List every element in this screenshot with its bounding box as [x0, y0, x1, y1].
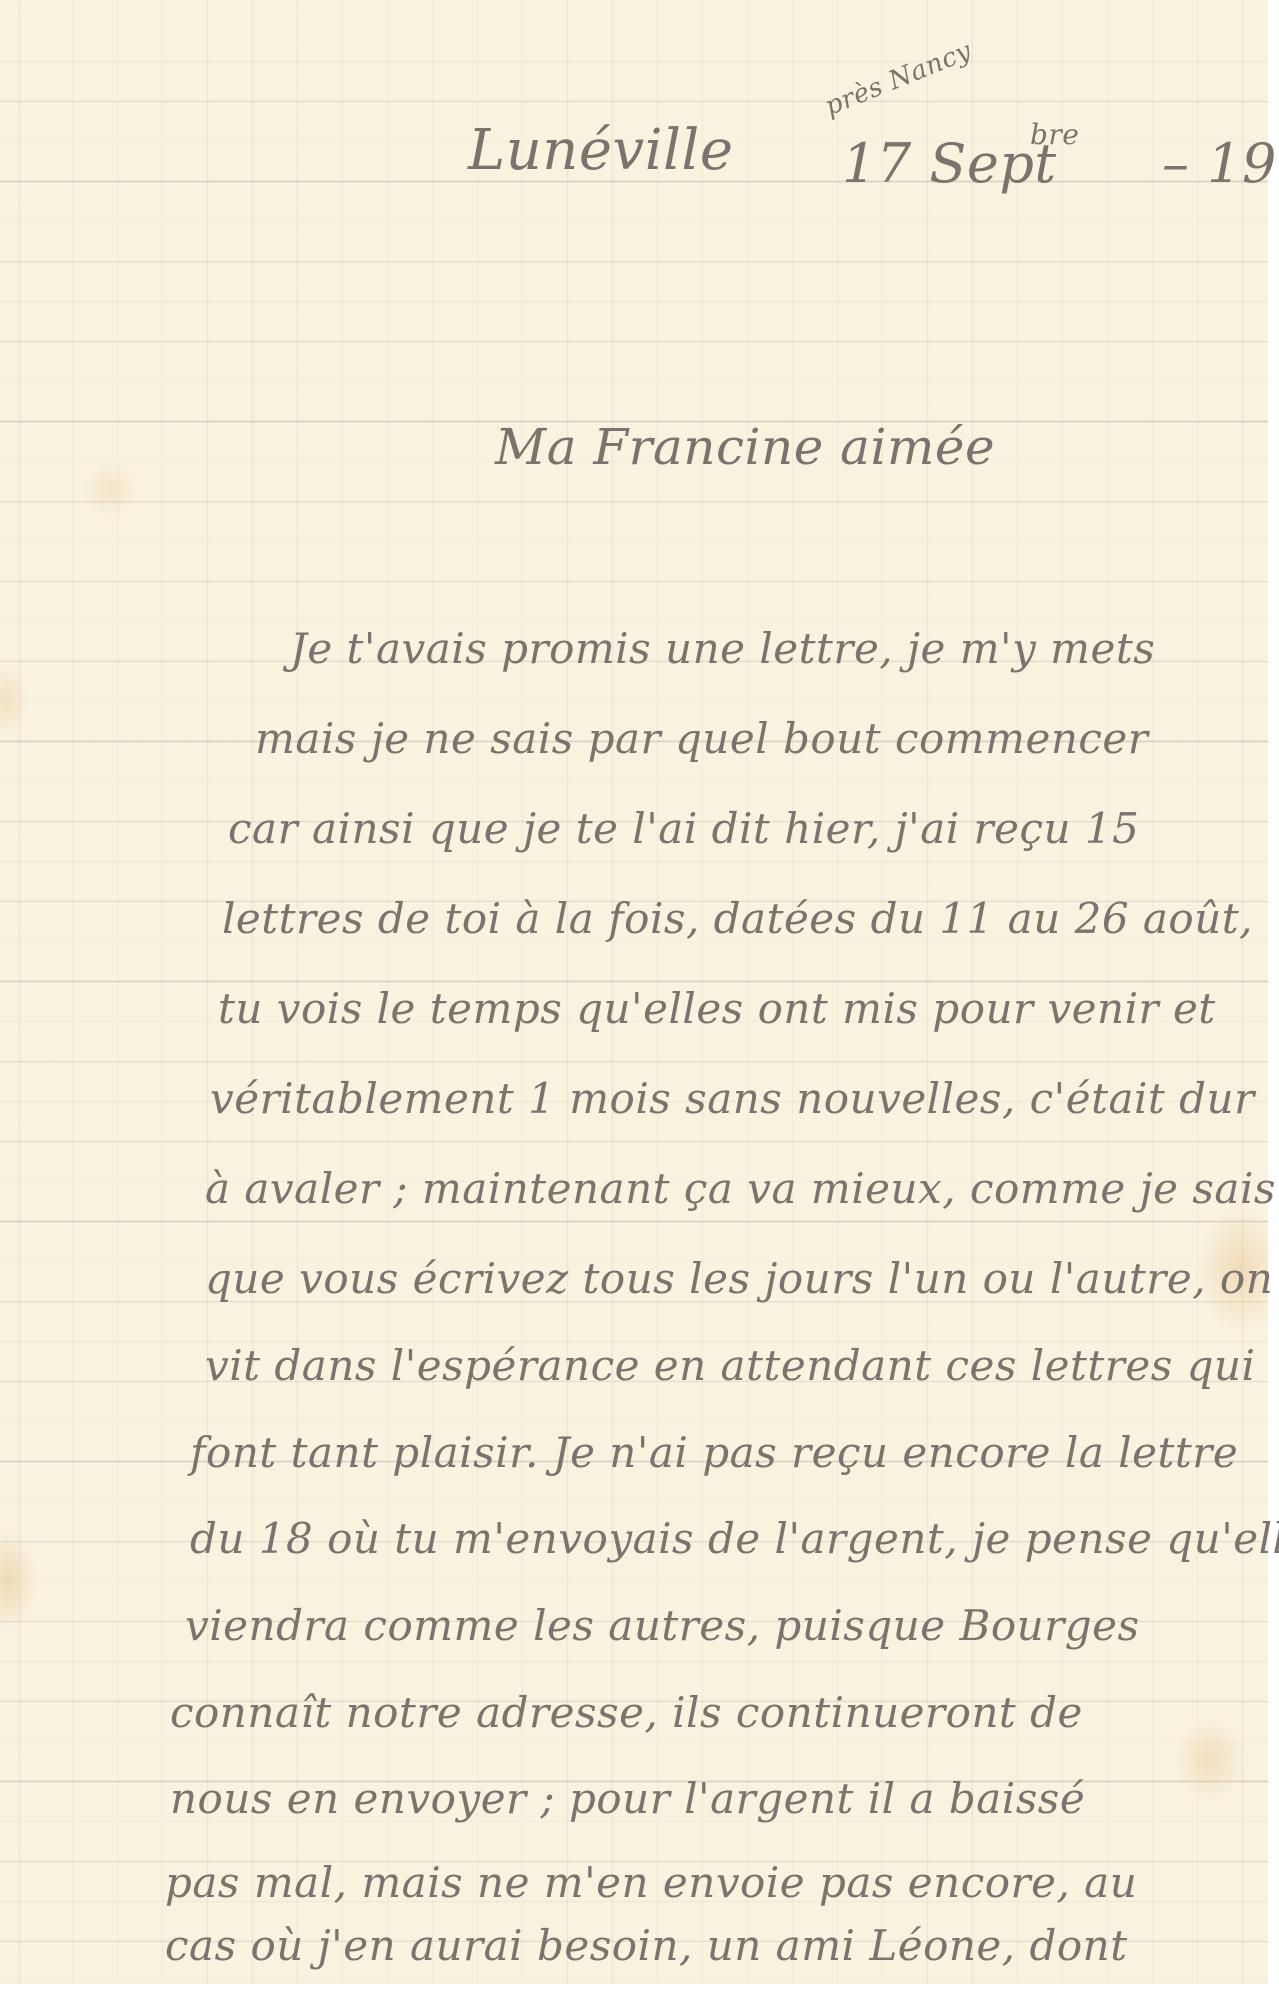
body-line-9: vit dans l'espérance en attendant ces le… [205, 1345, 1256, 1387]
letter-date-year: – 1914 [1162, 132, 1279, 195]
body-line-15: pas mal, mais ne m'en envoie pas encore,… [165, 1862, 1137, 1904]
letter-place: Lunéville [468, 118, 733, 183]
body-line-16: cas où j'en aurai besoin, un ami Léone, … [165, 1925, 1128, 1967]
body-line-4: lettres de toi à la fois, datées du 11 a… [222, 898, 1253, 940]
letter-place-note: près Nancy [821, 36, 976, 122]
letter-page: Lunéville près Nancy 17 Sept – 1914 bre … [0, 0, 1268, 1984]
body-line-12: viendra comme les autres, puisque Bourge… [185, 1605, 1140, 1647]
body-line-13: connaît notre adresse, ils continueront … [170, 1692, 1083, 1734]
letter-salutation: Ma Francine aimée [495, 418, 995, 476]
body-line-5: tu vois le temps qu'elles ont mis pour v… [218, 988, 1216, 1030]
body-line-10: font tant plaisir. Je n'ai pas reçu enco… [190, 1432, 1238, 1474]
body-line-8: que vous écrivez tous les jours l'un ou … [205, 1258, 1273, 1300]
letter-date-month-sup: bre [1030, 118, 1079, 151]
body-line-3: car ainsi que je te l'ai dit hier, j'ai … [228, 808, 1139, 850]
body-line-14: nous en envoyer ; pour l'argent il a bai… [170, 1778, 1085, 1820]
body-line-7: à avaler ; maintenant ça va mieux, comme… [205, 1168, 1276, 1210]
letter-date-day: 17 [842, 132, 912, 195]
body-line-11: du 18 où tu m'envoyais de l'argent, je p… [190, 1518, 1279, 1560]
body-line-1: Je t'avais promis une lettre, je m'y met… [290, 628, 1155, 670]
body-line-2: mais je ne sais par quel bout commencer [255, 718, 1148, 760]
body-line-6: véritablement 1 mois sans nouvelles, c'é… [210, 1078, 1255, 1120]
